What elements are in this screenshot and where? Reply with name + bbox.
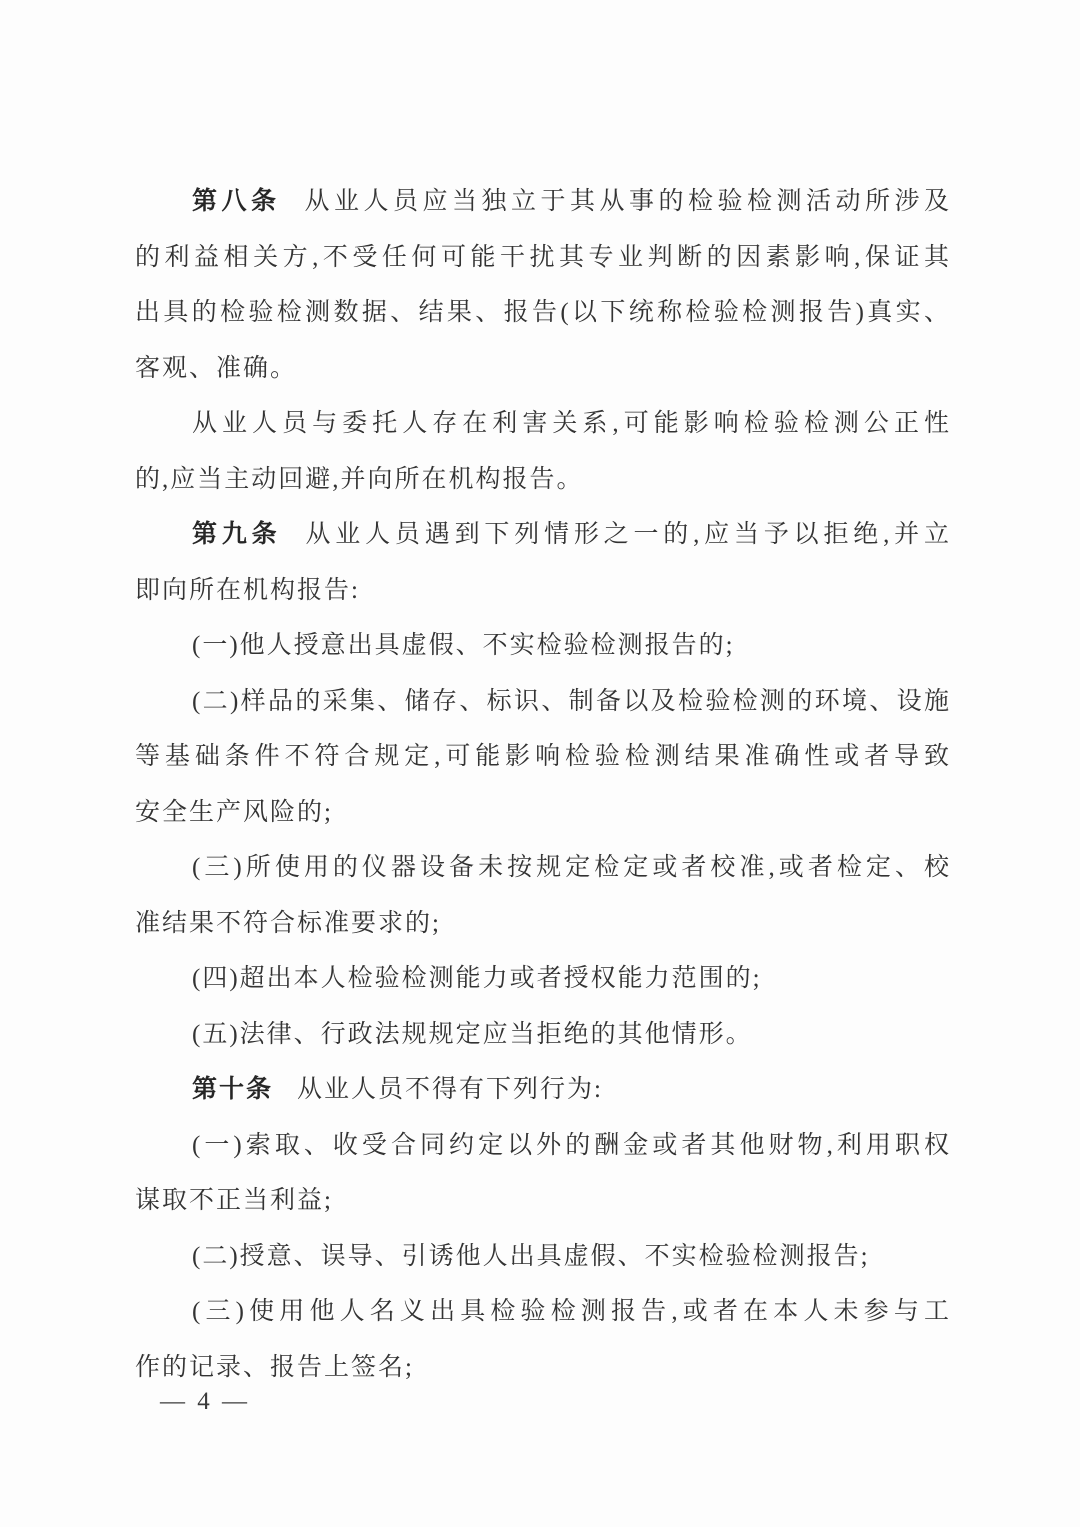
text-line: (一)他人授意出具虚假、不实检验检测报告的; (135, 618, 951, 674)
line-text: 从业人员遇到下列情形之一的,应当予以拒绝,并立 (305, 521, 951, 548)
text-line: 的利益相关方,不受任何可能干扰其专业判断的因素影响,保证其 (135, 230, 951, 286)
text-line: (二)授意、误导、引诱他人出具虚假、不实检验检测报告; (135, 1229, 951, 1285)
text-line: (四)超出本人检验检测能力或者授权能力范围的; (135, 951, 951, 1007)
line-text: 等基础条件不符合规定,可能影响检验检测结果准确性或者导致 (135, 743, 951, 770)
text-line: (三)使用他人名义出具检验检测报告,或者在本人未参与工 (135, 1284, 951, 1340)
paragraph: 第九条从业人员遇到下列情形之一的,应当予以拒绝,并立即向所在机构报告: (135, 507, 951, 618)
text-line: 谋取不正当利益; (135, 1173, 951, 1229)
line-text: 谋取不正当利益; (135, 1187, 333, 1214)
text-line: 的,应当主动回避,并向所在机构报告。 (135, 452, 951, 508)
text-line: 安全生产风险的; (135, 785, 951, 841)
text-line: 准结果不符合标准要求的; (135, 896, 951, 952)
line-text: (一)索取、收受合同约定以外的酬金或者其他财物,利用职权 (192, 1132, 951, 1159)
text-line: (三)所使用的仪器设备未按规定检定或者校准,或者检定、校 (135, 840, 951, 896)
article-number-heading: 第九条 (192, 520, 281, 548)
text-line: 从业人员与委托人存在利害关系,可能影响检验检测公正性 (135, 396, 951, 452)
text-line: (五)法律、行政法规规定应当拒绝的其他情形。 (135, 1007, 951, 1063)
line-text: 安全生产风险的; (135, 799, 333, 826)
paragraph: (一)他人授意出具虚假、不实检验检测报告的; (135, 618, 951, 674)
paragraph: 从业人员与委托人存在利害关系,可能影响检验检测公正性的,应当主动回避,并向所在机… (135, 396, 951, 507)
line-text: (一)他人授意出具虚假、不实检验检测报告的; (192, 632, 735, 659)
line-text: (三)所使用的仪器设备未按规定检定或者校准,或者检定、校 (192, 854, 951, 881)
line-text: (三)使用他人名义出具检验检测报告,或者在本人未参与工 (192, 1298, 951, 1325)
text-line: 第九条从业人员遇到下列情形之一的,应当予以拒绝,并立 (135, 507, 951, 563)
article-number-heading: 第八条 (192, 187, 281, 215)
page-number: — 4 — (160, 1386, 250, 1418)
line-text: (四)超出本人检验检测能力或者授权能力范围的; (192, 965, 762, 992)
document-page: 第八条从业人员应当独立于其从事的检验检测活动所涉及的利益相关方,不受任何可能干扰… (0, 0, 1080, 1527)
paragraph: (三)使用他人名义出具检验检测报告,或者在本人未参与工作的记录、报告上签名; (135, 1284, 951, 1395)
text-line: (二)样品的采集、储存、标识、制备以及检验检测的环境、设施 (135, 674, 951, 730)
line-text: (五)法律、行政法规规定应当拒绝的其他情形。 (192, 1021, 753, 1048)
paragraph: (二)样品的采集、储存、标识、制备以及检验检测的环境、设施等基础条件不符合规定,… (135, 674, 951, 841)
paragraph: 第八条从业人员应当独立于其从事的检验检测活动所涉及的利益相关方,不受任何可能干扰… (135, 174, 951, 396)
paragraph: (四)超出本人检验检测能力或者授权能力范围的; (135, 951, 951, 1007)
line-text: 从业人员不得有下列行为: (297, 1076, 603, 1103)
line-text: (二)样品的采集、储存、标识、制备以及检验检测的环境、设施 (192, 688, 951, 715)
line-text: 即向所在机构报告: (135, 577, 360, 604)
line-text: 从业人员应当独立于其从事的检验检测活动所涉及 (305, 188, 951, 215)
line-text: 客观、准确。 (135, 355, 297, 382)
text-line: 第八条从业人员应当独立于其从事的检验检测活动所涉及 (135, 174, 951, 230)
text-line: (一)索取、收受合同约定以外的酬金或者其他财物,利用职权 (135, 1118, 951, 1174)
paragraph: (五)法律、行政法规规定应当拒绝的其他情形。 (135, 1007, 951, 1063)
text-line: 作的记录、报告上签名; (135, 1340, 951, 1396)
text-line: 出具的检验检测数据、结果、报告(以下统称检验检测报告)真实、 (135, 285, 951, 341)
text-line: 等基础条件不符合规定,可能影响检验检测结果准确性或者导致 (135, 729, 951, 785)
line-text: 作的记录、报告上签名; (135, 1354, 414, 1381)
paragraph: (二)授意、误导、引诱他人出具虚假、不实检验检测报告; (135, 1229, 951, 1285)
text-line: 即向所在机构报告: (135, 563, 951, 619)
line-text: 的,应当主动回避,并向所在机构报告。 (135, 466, 584, 493)
line-text: (二)授意、误导、引诱他人出具虚假、不实检验检测报告; (192, 1243, 870, 1270)
paragraph: (三)所使用的仪器设备未按规定检定或者校准,或者检定、校准结果不符合标准要求的; (135, 840, 951, 951)
line-text: 从业人员与委托人存在利害关系,可能影响检验检测公正性 (192, 410, 951, 437)
text-line: 客观、准确。 (135, 341, 951, 397)
text-line: 第十条从业人员不得有下列行为: (135, 1062, 951, 1118)
paragraph: (一)索取、收受合同约定以外的酬金或者其他财物,利用职权谋取不正当利益; (135, 1118, 951, 1229)
paragraph: 第十条从业人员不得有下列行为: (135, 1062, 951, 1118)
line-text: 出具的检验检测数据、结果、报告(以下统称检验检测报告)真实、 (135, 299, 951, 326)
article-number-heading: 第十条 (192, 1075, 273, 1103)
text-block: 第八条从业人员应当独立于其从事的检验检测活动所涉及的利益相关方,不受任何可能干扰… (135, 174, 951, 1395)
line-text: 准结果不符合标准要求的; (135, 910, 441, 937)
line-text: 的利益相关方,不受任何可能干扰其专业判断的因素影响,保证其 (135, 244, 951, 271)
